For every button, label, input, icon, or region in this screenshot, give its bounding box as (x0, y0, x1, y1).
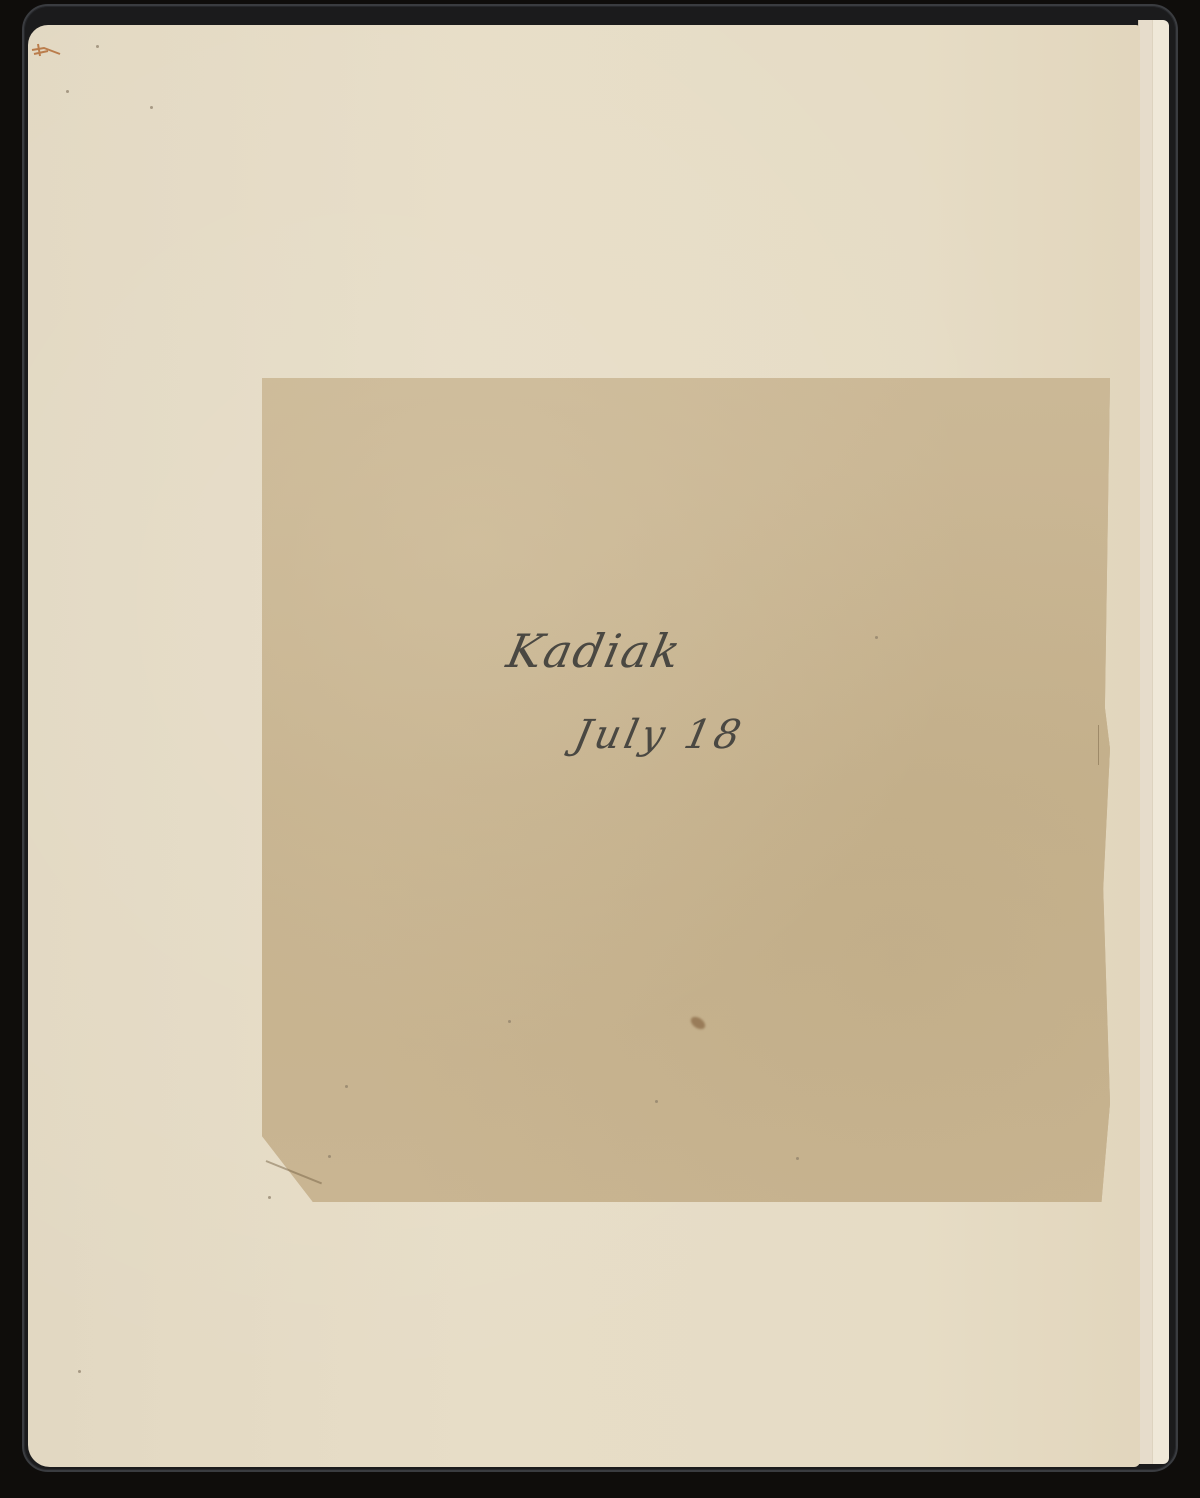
paper-slip (262, 378, 1110, 1202)
page-edge-inner (1138, 20, 1153, 1464)
slip-speck (328, 1155, 331, 1158)
mount-speck (150, 106, 153, 109)
mount-speck (78, 1370, 81, 1373)
mount-speck (268, 1196, 271, 1199)
page-edge-outer (1152, 20, 1169, 1464)
slip-speck (655, 1100, 658, 1103)
rust-mark-icon (30, 42, 66, 60)
mount-speck (66, 90, 69, 93)
handwritten-place: Kadiak (502, 624, 687, 678)
slip-speck (345, 1085, 348, 1088)
edge-tear (1098, 725, 1109, 765)
slip-speck (508, 1020, 511, 1023)
mount-speck (96, 45, 99, 48)
slip-speck (796, 1157, 799, 1160)
scan-viewport: Kadiak July 18 (0, 0, 1200, 1498)
handwritten-date: July 18 (570, 712, 749, 758)
slip-speck (875, 636, 878, 639)
